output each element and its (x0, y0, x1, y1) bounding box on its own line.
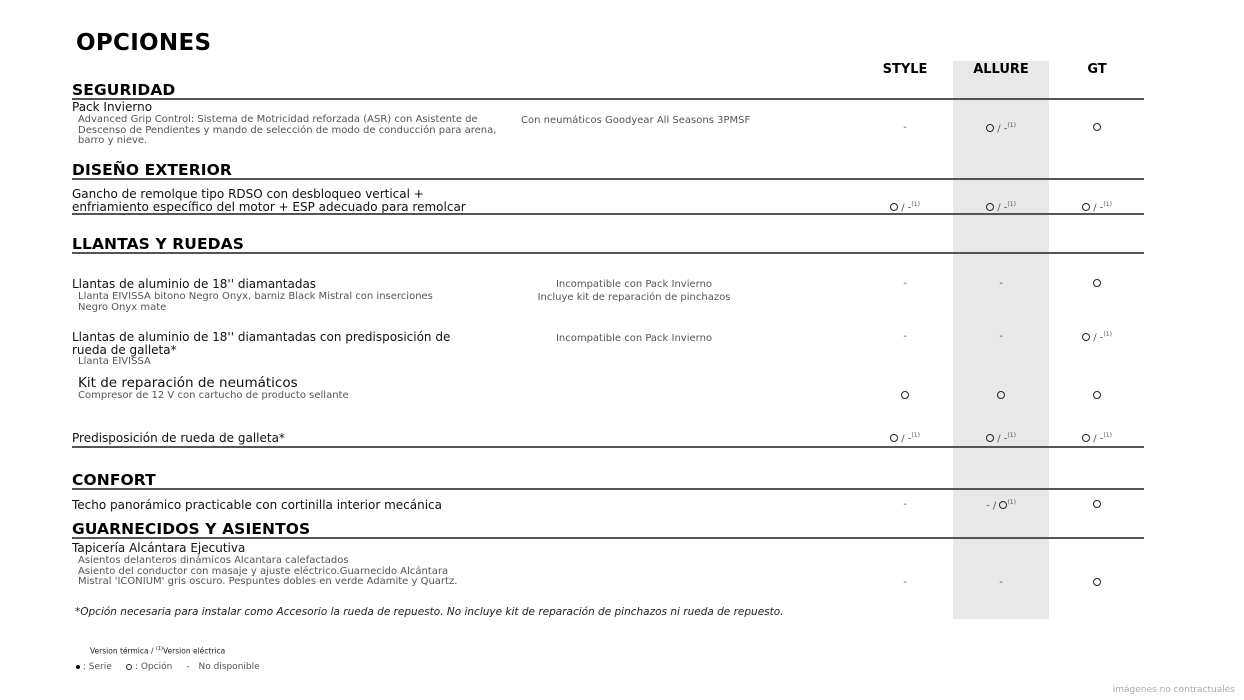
item-name: Tapicería Alcántara Ejecutiva (72, 542, 245, 555)
item-name: Llantas de aluminio de 18'' diamantadas (72, 278, 316, 291)
item-name-line: Llantas de aluminio de 18'' diamantadas … (72, 331, 450, 344)
option-circle-icon (890, 203, 898, 211)
legend-thermal: Version térmica (90, 647, 149, 656)
item-name: Predisposición de rueda de galleta* (72, 432, 285, 445)
option-circle-icon (1093, 500, 1101, 508)
cell-gt (1049, 577, 1145, 588)
item-note: Incompatible con Pack Invierno (504, 333, 764, 346)
column-header-style: STYLE (857, 62, 953, 77)
option-circle-icon (1093, 578, 1101, 586)
legend-no-disponible: No disponible (198, 662, 259, 672)
not-available-dash-icon: - (187, 662, 190, 672)
cell-allure: - (953, 331, 1049, 342)
section-title-seguridad: SEGURIDAD (72, 81, 175, 99)
item-name: Llantas de aluminio de 18'' diamantadas … (72, 331, 450, 356)
electric-version-marker: (1) (1007, 432, 1016, 439)
option-circle-icon (986, 203, 994, 211)
cell-style: - (857, 499, 953, 510)
cell-allure (953, 390, 1049, 401)
option-circle-icon (986, 124, 994, 132)
divider (72, 98, 1144, 100)
option-circle-icon (997, 391, 1005, 399)
column-header-allure: ALLURE (953, 62, 1049, 77)
item-name: Kit de reparación de neumáticos (78, 377, 298, 390)
cell-gt (1049, 390, 1145, 401)
section-title-confort: CONFORT (72, 471, 156, 489)
legend-marker: (1) (156, 646, 163, 652)
section-title-guarnecidos-asientos: GUARNECIDOS Y ASIENTOS (72, 520, 310, 538)
legend-serie: : Serie (83, 662, 112, 672)
electric-version-marker: (1) (1007, 499, 1016, 506)
item-name: Pack Invierno (72, 101, 152, 114)
cell-style: - (857, 331, 953, 342)
section-title-llantas-ruedas: LLANTAS Y RUEDAS (72, 235, 244, 253)
version-legend: Version térmica / (1)Version eléctrica (90, 646, 225, 656)
cell-style: / -(1) (857, 432, 953, 444)
detail-line: Advanced Grip Control: Sistema de Motric… (78, 115, 496, 126)
legend-separator: / (151, 647, 154, 656)
item-note: Con neumáticos Goodyear All Seasons 3PMS… (521, 115, 781, 128)
electric-version-marker: (1) (1007, 201, 1016, 208)
item-details: Advanced Grip Control: Sistema de Motric… (78, 115, 496, 147)
electric-version-marker: (1) (1103, 201, 1112, 208)
detail-line: Asientos delanteros dinámicos Alcantara … (78, 556, 457, 567)
option-circle-icon (1082, 203, 1090, 211)
legend-electric: Version eléctrica (163, 647, 225, 656)
cell-allure: / -(1) (953, 432, 1049, 444)
electric-version-marker: (1) (911, 432, 920, 439)
cell-style: - (857, 278, 953, 289)
footnote: *Opción necesaria para instalar como Acc… (75, 606, 784, 618)
cell-gt (1049, 278, 1145, 289)
divider (72, 537, 1144, 539)
cell-allure: / -(1) (953, 201, 1049, 213)
cell-style: / -(1) (857, 201, 953, 213)
item-name-line: Gancho de remolque tipo RDSO con desbloq… (72, 188, 466, 201)
cell-allure: - / (1) (953, 499, 1049, 511)
note-line: Incluye kit de reparación de pinchazos (504, 292, 764, 305)
detail-line: Mistral 'ICONIUM' gris oscuro. Pespuntes… (78, 577, 457, 588)
option-circle-icon (126, 664, 132, 670)
divider (72, 488, 1144, 490)
item-note: Incompatible con Pack Invierno Incluye k… (504, 279, 764, 304)
item-name: Techo panorámico practicable con cortini… (72, 499, 442, 512)
item-details: Asientos delanteros dinámicos Alcantara … (78, 556, 457, 588)
cell-gt (1049, 499, 1145, 510)
detail-line: Negro Onyx mate (78, 303, 433, 314)
cell-style: - (857, 122, 953, 133)
cell-style: - (857, 577, 953, 588)
option-circle-icon (986, 434, 994, 442)
page-title: OPCIONES (76, 30, 211, 56)
cell-gt (1049, 122, 1145, 133)
cell-gt: / -(1) (1049, 331, 1145, 343)
column-header-gt: GT (1049, 62, 1145, 77)
disclaimer: Imágenes no contractuales (1113, 685, 1235, 695)
electric-version-marker: (1) (911, 201, 920, 208)
detail-line: barro y nieve. (78, 136, 496, 147)
option-circle-icon (901, 391, 909, 399)
serie-dot-icon (76, 665, 80, 669)
item-name-line: enfriamiento específico del motor + ESP … (72, 201, 466, 214)
note-line: Incompatible con Pack Invierno (504, 279, 764, 292)
detail-line: Llanta EIVISSA bitono Negro Onyx, barniz… (78, 292, 433, 303)
symbol-legend: : Serie : Opción - No disponible (76, 662, 260, 672)
electric-version-marker: (1) (1103, 432, 1112, 439)
option-circle-icon (1082, 434, 1090, 442)
cell-allure: - (953, 278, 1049, 289)
divider (72, 252, 1144, 254)
option-circle-icon (890, 434, 898, 442)
cell-gt: / -(1) (1049, 201, 1145, 213)
item-details: Llanta EIVISSA bitono Negro Onyx, barniz… (78, 292, 433, 313)
divider (72, 446, 1144, 448)
option-circle-icon (1093, 123, 1101, 131)
cell-gt: / -(1) (1049, 432, 1145, 444)
section-title-diseno-exterior: DISEÑO EXTERIOR (72, 161, 232, 179)
electric-version-marker: (1) (1103, 331, 1112, 338)
divider (72, 178, 1144, 180)
item-name-line: rueda de galleta* (72, 344, 450, 357)
item-details: Compresor de 12 V con cartucho de produc… (78, 391, 349, 402)
item-details: Llanta EIVISSA (78, 357, 151, 368)
option-circle-icon (1093, 391, 1101, 399)
option-circle-icon (1093, 279, 1101, 287)
cell-allure: - (953, 577, 1049, 588)
cell-style (857, 390, 953, 401)
option-circle-icon (1082, 333, 1090, 341)
legend-opcion: : Opción (135, 662, 172, 672)
item-name: Gancho de remolque tipo RDSO con desbloq… (72, 188, 466, 213)
electric-version-marker: (1) (1007, 122, 1016, 129)
cell-allure: / -(1) (953, 122, 1049, 134)
